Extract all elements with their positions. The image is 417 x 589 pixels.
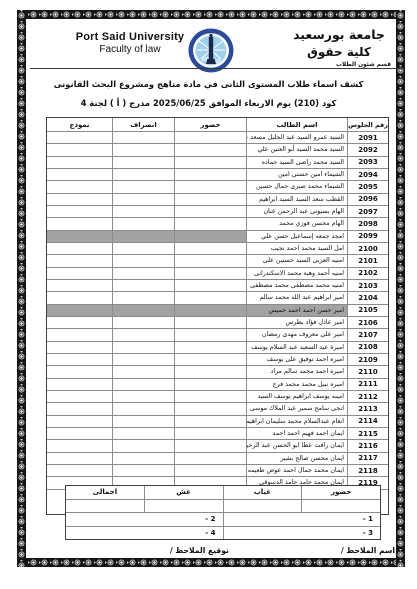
student-row: 2105امير حسن احمد احمد خميس	[47, 305, 388, 317]
student-row: 2091السيد عمرو السيد عبد الجليل مسعد عيا…	[47, 132, 388, 144]
student-row: 2115ايمان احمد فهيم احمد احمد	[47, 428, 388, 440]
student-row: 2101امنيه العربى السيد حسنين على	[47, 255, 388, 267]
leave-cell	[112, 453, 174, 464]
form-cell	[47, 354, 112, 365]
student-name: امير حسن احمد احمد خميس	[246, 305, 347, 316]
attendance-cell	[174, 132, 246, 143]
faculty-title-en: Faculty of law	[68, 44, 192, 55]
attendance-cell	[174, 206, 246, 217]
student-name: امل السيد محمد احمد نجيب	[246, 243, 347, 254]
table-header-row: رقم الجلوس اسم الطالب حضور انصراف نموذج	[47, 118, 388, 132]
attendance-cell	[174, 169, 246, 180]
attendance-cell	[174, 243, 246, 254]
leave-cell	[112, 317, 174, 328]
summary-item-cell: - 4	[66, 527, 223, 540]
attendance-cell	[174, 366, 246, 377]
leave-cell	[112, 416, 174, 427]
form-cell	[47, 366, 112, 377]
seat-number: 2093	[347, 157, 388, 168]
leave-cell	[112, 342, 174, 353]
seat-number: 2101	[347, 255, 388, 266]
form-cell	[47, 157, 112, 168]
student-row: 2107امير على معروف مهدى رمضان	[47, 329, 388, 341]
summary-item-row: - 3- 4	[66, 527, 380, 540]
leave-cell	[112, 218, 174, 229]
attendance-cell	[174, 317, 246, 328]
attendance-cell	[174, 354, 246, 365]
student-name: امينه يوسف ابراهيم يوسف السيد	[246, 391, 347, 402]
attendance-sheet-page: Port Said University Faculty of law جامع…	[0, 0, 417, 589]
form-cell	[47, 243, 112, 254]
student-row: 2100امل السيد محمد احمد نجيب	[47, 243, 388, 255]
student-row: 2114انغام عبدالسلام محمد سليمان ابراهيم	[47, 416, 388, 428]
attendance-cell	[174, 465, 246, 476]
student-row: 2095الشيماء محمد صبرى جمال حسين	[47, 181, 388, 193]
summary-header-row: حضور غياب غش اجمالى	[66, 486, 380, 500]
seat-number: 2097	[347, 206, 388, 217]
leave-cell	[112, 169, 174, 180]
student-name: ايمان احمد فهيم احمد احمد	[246, 428, 347, 439]
student-row: 2108اميرة عيد السعيد عبد السلام يوسف	[47, 342, 388, 354]
form-cell	[47, 453, 112, 464]
student-name: انجى سامح سمير عبد الملاك موسى	[246, 403, 347, 414]
seat-number: 2098	[347, 218, 388, 229]
seat-number: 2106	[347, 317, 388, 328]
student-name: الشيماء امين حسنى امين	[246, 169, 347, 180]
summary-empty-cell	[66, 500, 144, 513]
form-cell	[47, 268, 112, 279]
student-row: 2118ايمان محمد جمال احمد عوض طعيمه	[47, 465, 388, 477]
student-name: الشيماء محمد صبرى جمال حسين	[246, 181, 347, 192]
leave-cell	[112, 231, 174, 242]
form-cell	[47, 194, 112, 205]
student-row: 2117ايمان محسن صالح بشير	[47, 453, 388, 465]
form-cell	[47, 440, 112, 451]
leave-cell	[112, 181, 174, 192]
student-row: 2109اميره احمد توفيق على يوسف	[47, 354, 388, 366]
leave-cell	[112, 379, 174, 390]
decorative-border-bottom	[17, 558, 405, 567]
summary-item-row: - 1- 2	[66, 513, 380, 527]
summary-item-cell: - 1	[223, 513, 381, 526]
student-row: 2110اميره احمد محمد سالم مراد	[47, 366, 388, 378]
university-title-ar: جامعة بورسعيد	[283, 27, 395, 42]
student-name: القطب سعد السيد السيد ابراهيم	[246, 194, 347, 205]
summary-header-attendance: حضور	[301, 486, 380, 499]
leave-cell	[112, 255, 174, 266]
summary-empty-cell	[301, 500, 380, 513]
attendance-cell	[174, 428, 246, 439]
seat-number: 2117	[347, 453, 388, 464]
form-cell	[47, 428, 112, 439]
seat-number: 2099	[347, 231, 388, 242]
student-name: السيد محمد السيد أبو العنين علي	[246, 144, 347, 155]
attendance-cell	[174, 157, 246, 168]
student-name: الهام بسيونى عبد الرحمن عنان	[246, 206, 347, 217]
leave-cell	[112, 144, 174, 155]
attendance-cell	[174, 292, 246, 303]
leave-cell	[112, 268, 174, 279]
department-label: قسم شئون الطلاب	[333, 62, 394, 68]
student-name: امير عادل فؤاد بطرس	[246, 317, 347, 328]
form-cell	[47, 465, 112, 476]
form-cell	[47, 342, 112, 353]
summary-items-container: - 1- 2- 3- 4	[66, 513, 380, 539]
attendance-cell	[174, 379, 246, 390]
leave-cell	[112, 440, 174, 451]
seat-number: 2092	[347, 144, 388, 155]
header-form: نموذج	[47, 118, 112, 131]
student-row: 2097الهام بسيونى عبد الرحمن عنان	[47, 206, 388, 218]
summary-empty-cell	[144, 500, 223, 513]
leave-cell	[112, 206, 174, 217]
student-name: اميرة عيد السعيد عبد السلام يوسف	[246, 342, 347, 353]
attendance-cell	[174, 218, 246, 229]
form-cell	[47, 416, 112, 427]
summary-header-cheating: غش	[144, 486, 223, 499]
seat-number: 2107	[347, 329, 388, 340]
leave-cell	[112, 305, 174, 316]
student-name: انغام عبدالسلام محمد سليمان ابراهيم	[246, 416, 347, 427]
student-name: ايمان محسن صالح بشير	[246, 453, 347, 464]
decorative-border-right	[396, 10, 405, 567]
attendance-cell	[174, 181, 246, 192]
student-name: ايمان رافت عطا ابو الحسن عبد الرحيم	[246, 440, 347, 451]
leave-cell	[112, 243, 174, 254]
leave-cell	[112, 329, 174, 340]
seat-number: 2096	[347, 194, 388, 205]
student-name: السيد محمد راضى السيد حماده	[246, 157, 347, 168]
form-cell	[47, 132, 112, 143]
form-cell	[47, 403, 112, 414]
seat-number: 2109	[347, 354, 388, 365]
form-cell	[47, 329, 112, 340]
summary-header-absence: غياب	[223, 486, 302, 499]
form-cell	[47, 379, 112, 390]
leave-cell	[112, 157, 174, 168]
student-row: 2092السيد محمد السيد أبو العنين علي	[47, 144, 388, 156]
attendance-cell	[174, 391, 246, 402]
summary-table: حضور غياب غش اجمالى - 1- 2- 3- 4	[65, 485, 381, 540]
student-row: 2093السيد محمد راضى السيد حماده	[47, 157, 388, 169]
attendance-cell	[174, 342, 246, 353]
seat-number: 2115	[347, 428, 388, 439]
form-cell	[47, 317, 112, 328]
university-name-arabic: جامعة بورسعيد كلية حقوق	[283, 27, 395, 59]
form-cell	[47, 305, 112, 316]
seat-number: 2094	[347, 169, 388, 180]
attendance-cell	[174, 231, 246, 242]
seat-number: 2118	[347, 465, 388, 476]
attendance-cell	[174, 329, 246, 340]
attendance-cell	[174, 403, 246, 414]
form-cell	[47, 144, 112, 155]
seat-number: 2100	[347, 243, 388, 254]
student-name: امنيه أحمد وهبة محمد الاسكندرانى	[246, 268, 347, 279]
attendance-cell	[174, 280, 246, 291]
header-attendance: حضور	[174, 118, 246, 131]
attendance-cell	[174, 416, 246, 427]
leave-cell	[112, 403, 174, 414]
university-name-english: Port Said University Faculty of law	[68, 31, 192, 55]
seat-number: 2105	[347, 305, 388, 316]
summary-empty-row	[66, 500, 380, 514]
seat-number: 2112	[347, 391, 388, 402]
seat-number: 2113	[347, 403, 388, 414]
student-name: امنيه العربى السيد حسنين على	[246, 255, 347, 266]
form-cell	[47, 181, 112, 192]
summary-header-total: اجمالى	[66, 486, 144, 499]
student-row: 2103امنيه محمد مصطفى محمد مصطفى	[47, 280, 388, 292]
summary-item-cell: - 2	[66, 513, 223, 526]
header-seat-number: رقم الجلوس	[347, 118, 388, 131]
header-student-name: اسم الطالب	[246, 118, 347, 131]
student-name: امنيه محمد مصطفى محمد مصطفى	[246, 280, 347, 291]
form-cell	[47, 280, 112, 291]
summary-item-cell: - 3	[223, 527, 381, 540]
leave-cell	[112, 428, 174, 439]
attendance-cell	[174, 453, 246, 464]
student-row: 2098الهام محسن فوزي محمد	[47, 218, 388, 230]
leave-cell	[112, 354, 174, 365]
attendance-cell	[174, 305, 246, 316]
attendance-cell	[174, 268, 246, 279]
sheet-subtitle: كود (210) يوم الاربعاء الموافق 2025/06/2…	[20, 98, 397, 108]
student-row: 2094الشيماء امين حسنى امين	[47, 169, 388, 181]
seat-number: 2108	[347, 342, 388, 353]
student-name: ايمان محمد جمال احمد عوض طعيمه	[246, 465, 347, 476]
student-name: السيد عمرو السيد عبد الجليل مسعد عياده	[246, 132, 347, 143]
leave-cell	[112, 132, 174, 143]
sheet-title: كشف اسماء طلاب المستوى الثانى في مادة من…	[20, 79, 397, 89]
attendance-cell	[174, 255, 246, 266]
form-cell	[47, 255, 112, 266]
student-row: 2102امنيه أحمد وهبة محمد الاسكندرانى	[47, 268, 388, 280]
observer-name-label: اسم الملاحظ /	[341, 546, 395, 555]
student-name: امير ابراهيم عبد الله محمد سالم	[246, 292, 347, 303]
attendance-cell	[174, 144, 246, 155]
seat-number: 2104	[347, 292, 388, 303]
leave-cell	[112, 194, 174, 205]
student-row: 2113انجى سامح سمير عبد الملاك موسى	[47, 403, 388, 415]
form-cell	[47, 391, 112, 402]
student-rows-container: 2091السيد عمرو السيد عبد الجليل مسعد عيا…	[47, 132, 388, 501]
seat-number: 2095	[347, 181, 388, 192]
leave-cell	[112, 391, 174, 402]
student-row: 2116ايمان رافت عطا ابو الحسن عبد الرحيم	[47, 440, 388, 452]
header-divider-line	[30, 68, 403, 69]
university-title-en: Port Said University	[68, 31, 192, 43]
attendance-cell	[174, 194, 246, 205]
seat-number: 2110	[347, 366, 388, 377]
student-name: الهام محسن فوزي محمد	[246, 218, 347, 229]
student-name: اميره احمد محمد سالم مراد	[246, 366, 347, 377]
student-row: 2104امير ابراهيم عبد الله محمد سالم	[47, 292, 388, 304]
leave-cell	[112, 280, 174, 291]
form-cell	[47, 206, 112, 217]
faculty-title-ar: كلية حقوق	[283, 45, 395, 59]
leave-cell	[112, 465, 174, 476]
student-row: 2111اميره نبيل محمد محمد فرج	[47, 379, 388, 391]
decorative-border-top	[17, 10, 405, 19]
university-logo-icon	[188, 28, 234, 73]
seat-number: 2091	[347, 132, 388, 143]
header-leave: انصراف	[112, 118, 174, 131]
student-name: امجد جمعه إسماعيل حسن علي	[246, 231, 347, 242]
seat-number: 2102	[347, 268, 388, 279]
form-cell	[47, 218, 112, 229]
form-cell	[47, 292, 112, 303]
attendance-table: رقم الجلوس اسم الطالب حضور انصراف نموذج …	[46, 117, 389, 515]
seat-number: 2116	[347, 440, 388, 451]
observer-signature-label: توقيع الملاحظ /	[170, 546, 229, 555]
seat-number: 2103	[347, 280, 388, 291]
student-row: 2106امير عادل فؤاد بطرس	[47, 317, 388, 329]
student-row: 2099امجد جمعه إسماعيل حسن علي	[47, 231, 388, 243]
leave-cell	[112, 366, 174, 377]
form-cell	[47, 231, 112, 242]
decorative-border-left	[17, 10, 26, 567]
seat-number: 2111	[347, 379, 388, 390]
student-name: امير على معروف مهدى رمضان	[246, 329, 347, 340]
student-name: اميره نبيل محمد محمد فرج	[246, 379, 347, 390]
student-row: 2112امينه يوسف ابراهيم يوسف السيد	[47, 391, 388, 403]
seat-number: 2114	[347, 416, 388, 427]
student-row: 2096القطب سعد السيد السيد ابراهيم	[47, 194, 388, 206]
leave-cell	[112, 292, 174, 303]
form-cell	[47, 169, 112, 180]
attendance-cell	[174, 440, 246, 451]
summary-empty-cell	[223, 500, 302, 513]
student-name: اميره احمد توفيق على يوسف	[246, 354, 347, 365]
